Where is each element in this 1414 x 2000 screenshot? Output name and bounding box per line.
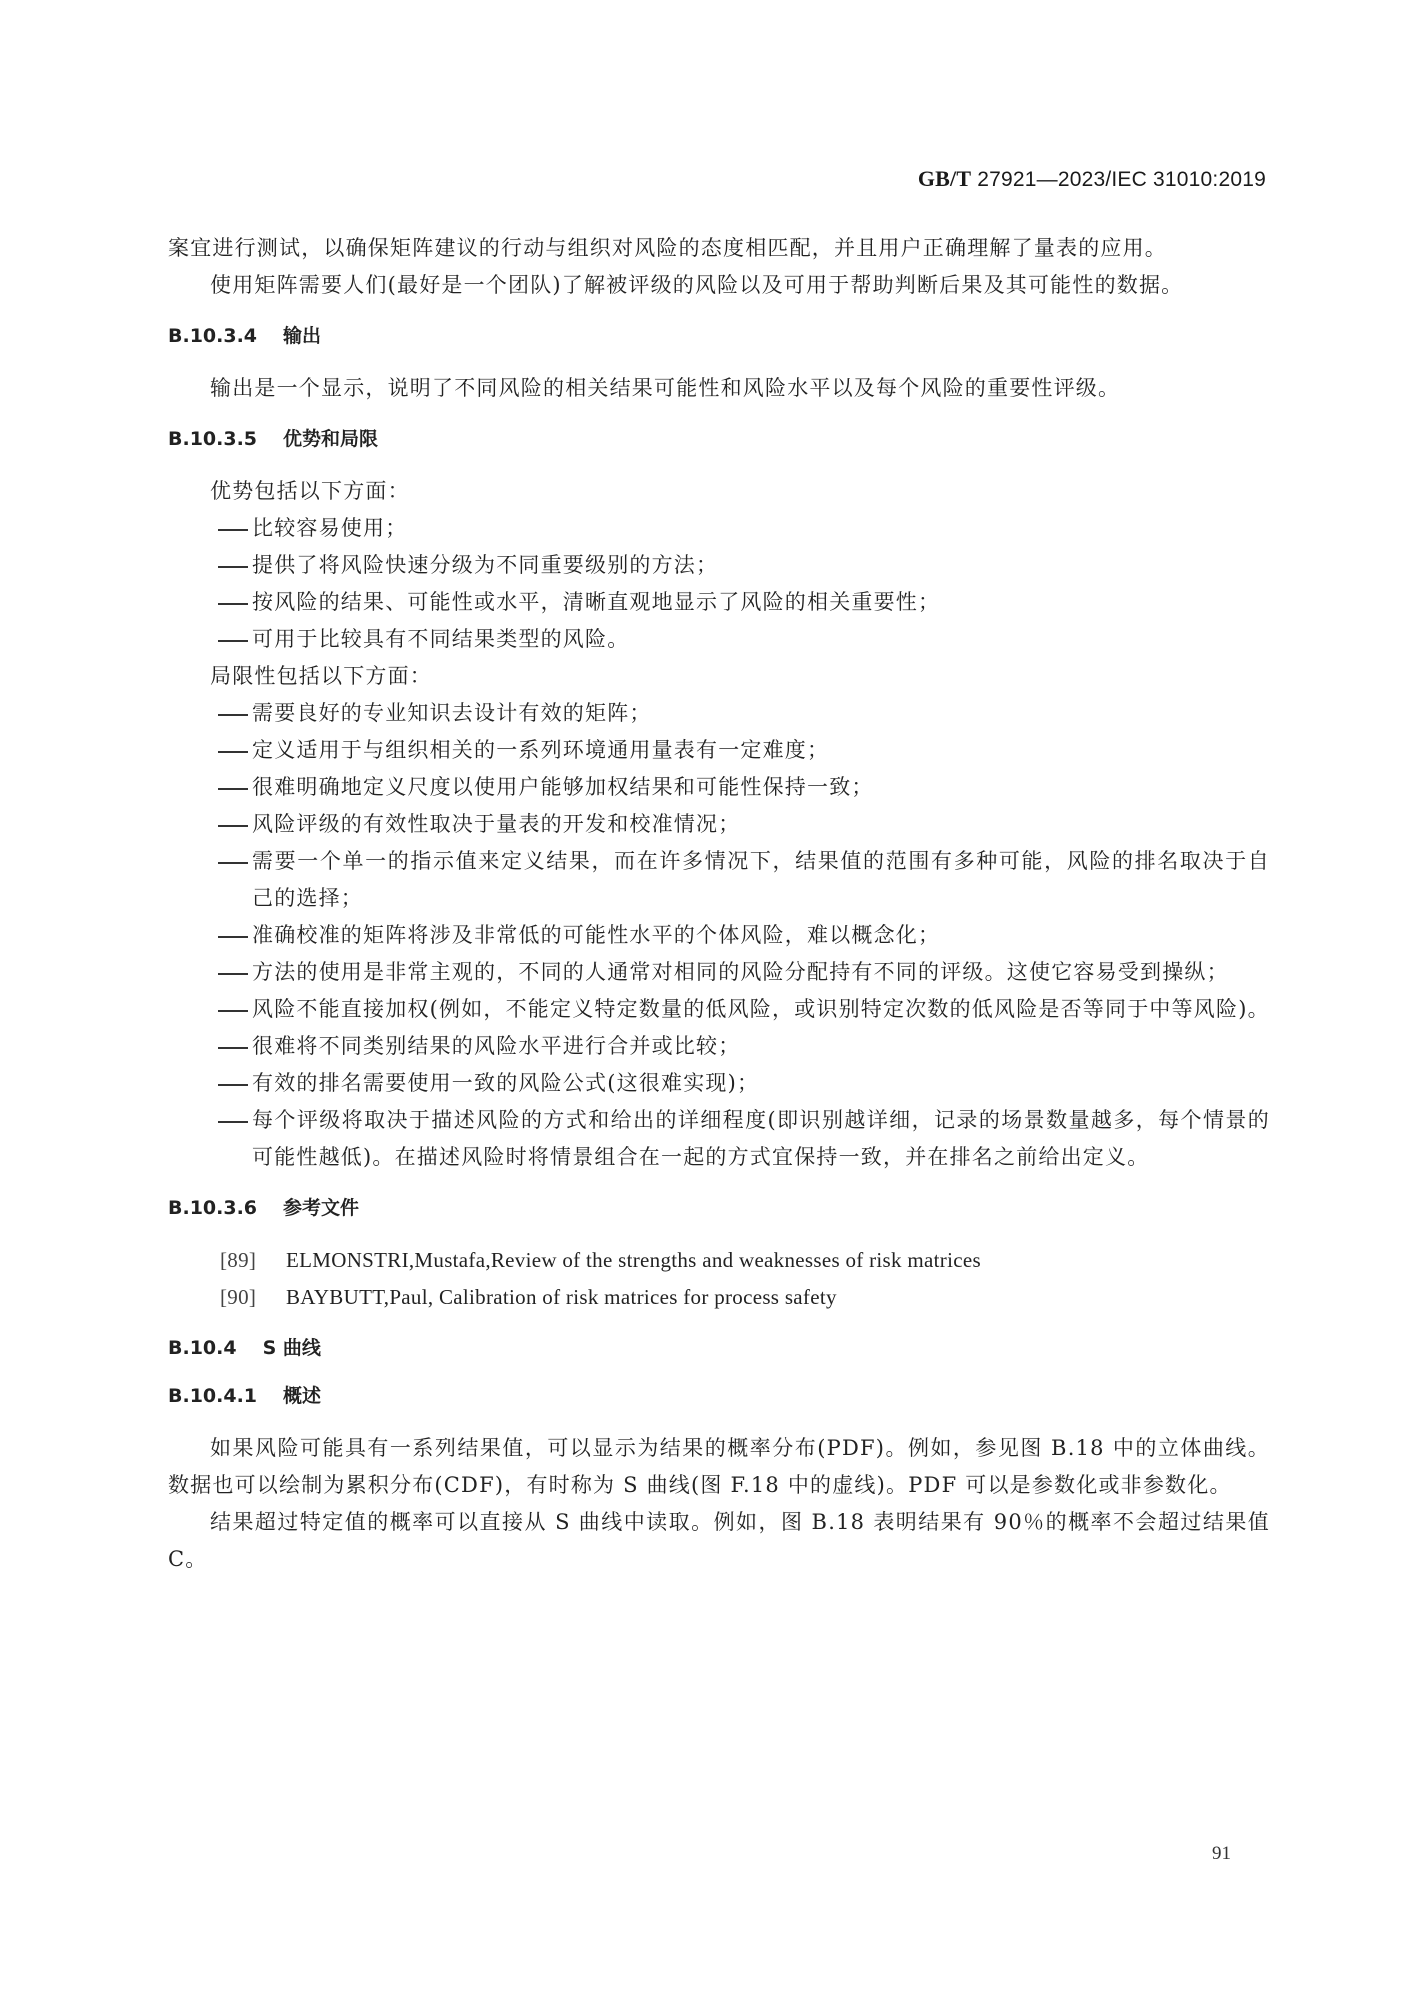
strengths-intro: 优势包括以下方面： [168,473,1270,510]
list-item: 很难将不同类别结果的风险水平进行合并或比较； [168,1028,1270,1065]
list-item: 风险评级的有效性取决于量表的开发和校准情况； [168,806,1270,843]
reference-list: [89]ELMONSTRI,Mustafa,Review of the stre… [168,1242,1270,1316]
list-item: 每个评级将取决于描述风险的方式和给出的详细程度(即识别越详细，记录的场景数量越多… [168,1102,1270,1176]
list-item: 准确校准的矩阵将涉及非常低的可能性水平的个体风险，难以概念化； [168,917,1270,954]
strengths-list: 比较容易使用； 提供了将风险快速分级为不同重要级别的方法； 按风险的结果、可能性… [168,510,1270,658]
standard-number: 27921—2023/IEC 31010:2019 [977,168,1266,191]
paragraph-pdf-cdf: 如果风险可能具有一系列结果值，可以显示为结果的概率分布(PDF)。例如，参见图 … [168,1430,1270,1504]
paragraph-output: 输出是一个显示，说明了不同风险的相关结果可能性和风险水平以及每个风险的重要性评级… [168,370,1270,407]
section-title: 概述 [283,1385,321,1407]
section-heading-strengths-limits: B.10.3.5优势和局限 [168,425,1270,453]
list-item: 方法的使用是非常主观的，不同的人通常对相同的风险分配持有不同的评级。这使它容易受… [168,954,1270,991]
list-item: 风险不能直接加权(例如，不能定义特定数量的低风险，或识别特定次数的低风险是否等同… [168,991,1270,1028]
section-number: B.10.4.1 [168,1382,257,1410]
reference-item: [89]ELMONSTRI,Mustafa,Review of the stre… [168,1242,1270,1279]
section-number: B.10.3.5 [168,425,257,453]
list-item: 需要良好的专业知识去设计有效的矩阵； [168,695,1270,732]
paragraph-probability-reading: 结果超过特定值的概率可以直接从 S 曲线中读取。例如，图 B.18 表明结果有 … [168,1504,1270,1578]
section-heading-output: B.10.3.4输出 [168,322,1270,350]
section-heading-s-curve: B.10.4S 曲线 [168,1334,1270,1362]
section-number: B.10.4 [168,1334,237,1362]
list-item: 有效的排名需要使用一致的风险公式(这很难实现)； [168,1065,1270,1102]
paragraph-matrix-usage: 使用矩阵需要人们(最好是一个团队)了解被评级的风险以及可用于帮助判断后果及其可能… [168,267,1270,304]
section-title: 输出 [283,325,321,347]
list-item: 需要一个单一的指示值来定义结果，而在许多情况下，结果值的范围有多种可能，风险的排… [168,843,1270,917]
section-title: 优势和局限 [283,428,378,450]
list-item: 按风险的结果、可能性或水平，清晰直观地显示了风险的相关重要性； [168,584,1270,621]
document-header: GB/T 27921—2023/IEC 31010:2019 [918,166,1266,192]
reference-item: [90]BAYBUTT,Paul, Calibration of risk ma… [168,1279,1270,1316]
limits-intro: 局限性包括以下方面： [168,658,1270,695]
reference-id: [89] [220,1242,286,1279]
section-heading-overview: B.10.4.1概述 [168,1382,1270,1410]
reference-id: [90] [220,1279,286,1316]
list-item: 比较容易使用； [168,510,1270,547]
section-number: B.10.3.4 [168,322,257,350]
section-title: S 曲线 [263,1337,321,1359]
limits-list: 需要良好的专业知识去设计有效的矩阵； 定义适用于与组织相关的一系列环境通用量表有… [168,695,1270,1176]
standard-prefix: GB/T [918,166,971,191]
section-heading-references: B.10.3.6参考文件 [168,1194,1270,1222]
list-item: 可用于比较具有不同结果类型的风险。 [168,621,1270,658]
reference-text: ELMONSTRI,Mustafa,Review of the strength… [286,1248,981,1272]
list-item: 定义适用于与组织相关的一系列环境通用量表有一定难度； [168,732,1270,769]
page-number: 91 [1212,1843,1231,1865]
page-content: 案宜进行测试，以确保矩阵建议的行动与组织对风险的态度相匹配，并且用户正确理解了量… [168,230,1270,1578]
list-item: 很难明确地定义尺度以使用户能够加权结果和可能性保持一致； [168,769,1270,806]
section-number: B.10.3.6 [168,1194,257,1222]
paragraph-continuation: 案宜进行测试，以确保矩阵建议的行动与组织对风险的态度相匹配，并且用户正确理解了量… [168,230,1270,267]
section-title: 参考文件 [283,1197,359,1219]
list-item: 提供了将风险快速分级为不同重要级别的方法； [168,547,1270,584]
reference-text: BAYBUTT,Paul, Calibration of risk matric… [286,1285,837,1309]
